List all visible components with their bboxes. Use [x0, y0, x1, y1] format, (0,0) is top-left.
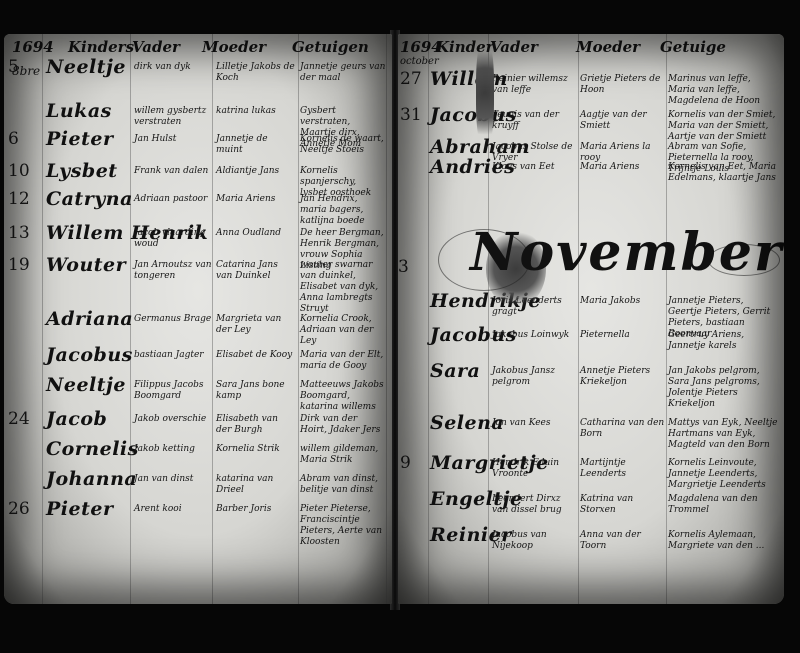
november-day: 3 [398, 262, 409, 273]
child-name: Lysbet [46, 166, 118, 177]
witnesses-names: Pieter Pieterse, Franciscintje Pieters, … [300, 504, 386, 548]
child-name: Lukas [46, 106, 112, 117]
witnesses-names: Dirk van der Hoirt, Jdaker Jers [300, 414, 386, 436]
witnesses-names: Jan Jakobs pelgrom, Sara Jans pelgroms, … [668, 366, 780, 410]
father-name: Jan Hulst [134, 134, 214, 145]
child-name: Jacob [46, 414, 107, 425]
child-name: Catryna [46, 194, 133, 205]
father-name: Jacob vlaarding woud [134, 228, 214, 250]
column-rule [298, 34, 299, 604]
entry-date: 10 [8, 166, 30, 177]
mother-name: Lilletje Jakobs de Koch [216, 62, 296, 84]
witnesses-names: willem gildeman, Maria Strik [300, 444, 386, 466]
witnesses-header: Getuige [660, 38, 726, 56]
right-page: 1694 Kinder Vader Moeder Getuige october… [398, 34, 784, 604]
child-name: Sara [430, 366, 480, 377]
mother-name: Anna van der Toorn [580, 530, 666, 552]
child-name: Cornelis [46, 444, 139, 455]
father-name: dirk van dyk [134, 62, 214, 73]
mother-name: Katrina van Storxen [580, 494, 666, 516]
mother-name: katarina van Drieel [216, 474, 296, 496]
witnesses-names: Kornelia Crook, Adriaan van der Ley [300, 314, 386, 347]
mother-name: Maria Ariens [216, 194, 296, 205]
child-name: Neeltje [46, 380, 126, 391]
father-name: Hendrik Eduin Vroonte [492, 458, 578, 480]
entry-date: 27 [400, 74, 422, 85]
child-name: Wouter [46, 260, 126, 271]
father-name: Klaas van Eet [492, 162, 578, 173]
witnesses-names: Geertruy Ariens, Jannetje karels [668, 330, 780, 352]
mother-header: Moeder [576, 38, 640, 56]
mother-name: Catarina Jans van Duinkel [216, 260, 296, 282]
father-name: bastiaan Jagter [134, 350, 214, 361]
entry-date: 12 [8, 194, 30, 205]
mother-name: Elisabeth van der Burgh [216, 414, 296, 436]
child-name: Jacobus [46, 350, 133, 361]
left-page: 1694 Kinders Vader Moeder Getuigen 8bre … [4, 34, 392, 604]
witnesses-names: Mattys van Eyk, Neeltje Hartmans van Eyk… [668, 418, 780, 451]
father-name: Adriaan pastoor [134, 194, 214, 205]
column-rule [578, 34, 579, 604]
witnesses-names: Matteeuws Jakobs Boomgard, katarina will… [300, 380, 386, 413]
mother-name: Elisabet de Kooy [216, 350, 296, 361]
father-name: Jakobus Jansz pelgrom [492, 366, 578, 388]
mother-name: Jannetje de muint [216, 134, 296, 156]
father-name: Jan van dinst [134, 474, 214, 485]
father-name: Jakob ketting [134, 444, 214, 455]
column-rule [428, 34, 429, 604]
father-name: Jacobus van Nijekoop [492, 530, 578, 552]
father-name: Jan van Kees [492, 418, 578, 429]
mother-name: Martijntje Leenderts [580, 458, 666, 480]
mother-name: Maria Ariens la rooy [580, 142, 666, 164]
entry-date: 13 [8, 228, 30, 239]
father-name: willem gysbertz verstraten [134, 106, 214, 128]
child-name: Pieter [46, 504, 113, 515]
witnesses-names: Jannetje geurs van der maal [300, 62, 386, 84]
father-name: Jan Arnoutsz van tongeren [134, 260, 214, 282]
entry-date: 24 [8, 414, 30, 425]
mother-name: Margrieta van der Ley [216, 314, 296, 336]
witnesses-names: wouter swarnar van duinkel, Elisabet van… [300, 260, 386, 315]
mother-name: Maria Ariens [580, 162, 666, 173]
witnesses-names: Magdalena van den Trommel [668, 494, 780, 516]
mother-name: Barber Joris [216, 504, 296, 515]
father-header: Vader [490, 38, 538, 56]
month-heading-november: November [470, 222, 783, 283]
mother-header: Moeder [202, 38, 266, 56]
mother-name: Aagtje van der Smiett [580, 110, 666, 132]
witnesses-names: Kornelis van der Smiet, Maria van der Sm… [668, 110, 780, 143]
child-name: Pieter [46, 134, 113, 145]
entry-date: 19 [8, 260, 30, 271]
father-header: Vader [132, 38, 180, 56]
father-name: Teunis van der kruyff [492, 110, 578, 132]
witnesses-names: Abram van dinst, belitje van dinst [300, 474, 386, 496]
entry-date: 5 [8, 62, 19, 73]
mother-name: Kornelia Strik [216, 444, 296, 455]
mother-name: Anna Oudland [216, 228, 296, 239]
entry-date: 6 [8, 134, 19, 145]
father-name: Frank van dalen [134, 166, 214, 177]
father-name: Reinier willemsz van leffe [492, 74, 578, 96]
child-name: Adriana [46, 314, 133, 325]
mother-name: Maria Jakobs [580, 296, 666, 307]
witnesses-header: Getuigen [292, 38, 369, 56]
mother-name: Grietje Pieters de Hoon [580, 74, 666, 96]
father-name: Jakobus Loinwyk [492, 330, 578, 341]
father-name: Germanus Brage [134, 314, 214, 325]
witnesses-names: Jan Hendrix, maria bagers, katlijna boed… [300, 194, 386, 227]
father-name: Leendert Dirxz van dissel brug [492, 494, 578, 516]
mother-name: Sara Jans bone kamp [216, 380, 296, 402]
mother-name: Annetje Pieters Kriekeljon [580, 366, 666, 388]
entry-date: 31 [400, 110, 422, 121]
month-label: october [400, 56, 439, 67]
column-rule [666, 34, 667, 604]
entry-date: 9 [400, 458, 411, 469]
child-name: Neeltje [46, 62, 126, 73]
father-name: Jakob overschie [134, 414, 214, 425]
ink-stain [476, 38, 494, 148]
witnesses-names: Maria van der Elt, maria de Gooy [300, 350, 386, 372]
year-header: 1694 [12, 38, 54, 56]
mother-name: katrina lukas [216, 106, 296, 117]
entry-date: 26 [8, 504, 30, 515]
column-rule [386, 34, 387, 604]
children-header: Kinders [68, 38, 134, 56]
witnesses-names: Kornelis de waart, Neeltje Stoeis [300, 134, 386, 156]
witnesses-names: Kornelis van Eet, Maria Edelmans, klaart… [668, 162, 780, 184]
witnesses-names: Kornelis Leinvoute, Jannetje Leenderts, … [668, 458, 780, 491]
child-name: Johanna [46, 474, 137, 485]
column-rule [42, 34, 43, 604]
mother-name: Aldiantje Jans [216, 166, 296, 177]
father-name: Filippus Jacobs Boomgard [134, 380, 214, 402]
witnesses-names: Marinus van leffe, Maria van leffe, Magd… [668, 74, 780, 107]
father-name: Arent kooi [134, 504, 214, 515]
witnesses-names: Kornelis Aylemaan, Margriete van den ... [668, 530, 780, 552]
mother-name: Catharina van den Born [580, 418, 666, 440]
mother-name: Pieternella [580, 330, 666, 341]
